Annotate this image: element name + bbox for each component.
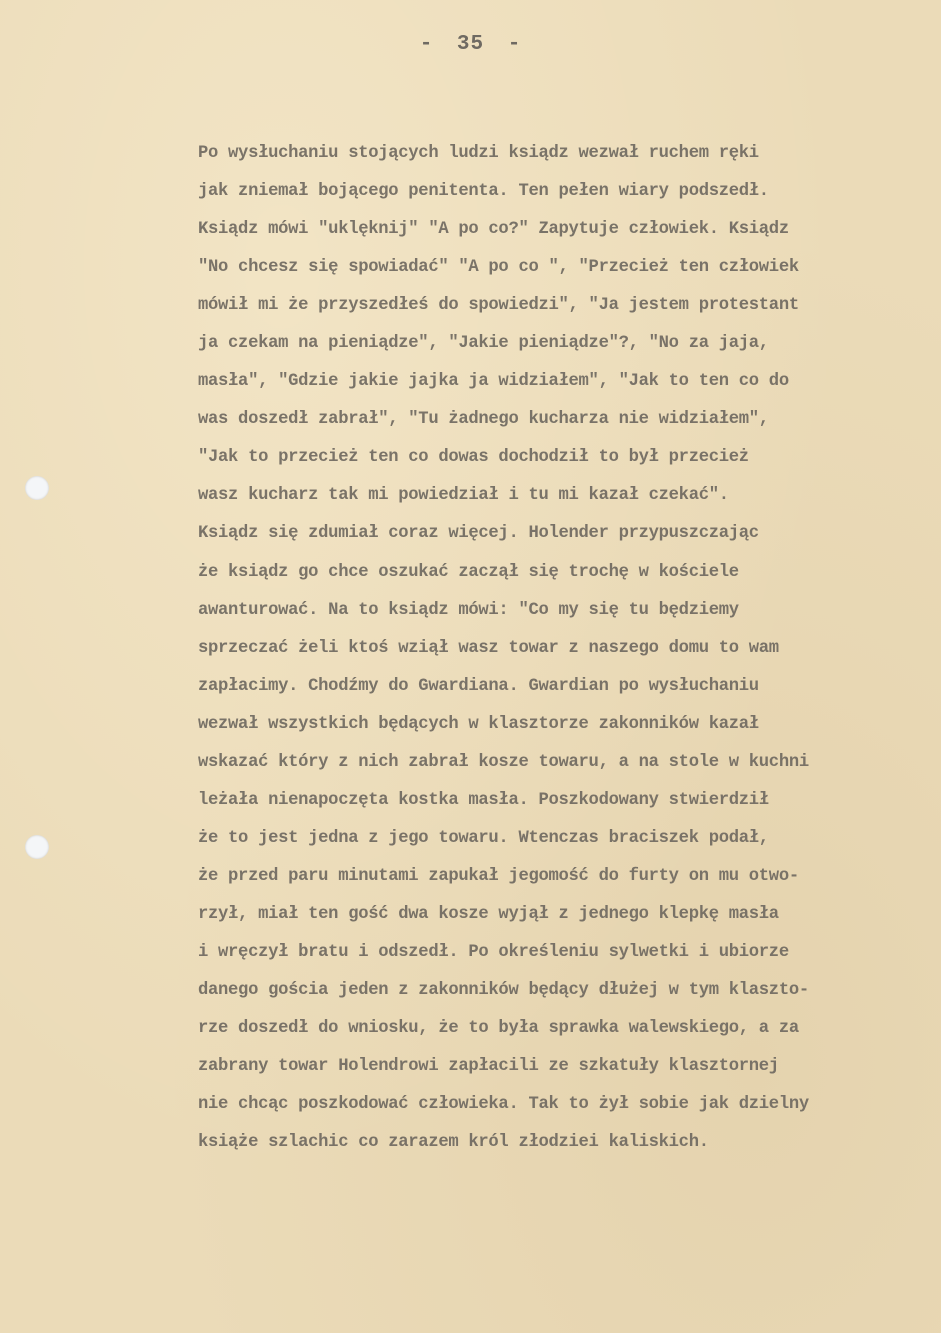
text-line: że ksiądz go chce oszukać zaczął się tro… <box>198 558 918 596</box>
typewritten-page: - 35 - Po wysłuchaniu stojących ludzi ks… <box>0 0 941 1333</box>
text-line: książe szlachic co zarazem król złodziei… <box>198 1128 918 1166</box>
text-line: masła", "Gdzie jakie jajka ja widziałem"… <box>198 367 918 405</box>
text-line: jak zniemał bojącego penitenta. Ten pełe… <box>198 177 918 215</box>
text-line: Ksiądz się zdumiał coraz więcej. Holende… <box>198 519 918 557</box>
text-line: i wręczył bratu i odszedł. Po określeniu… <box>198 938 918 976</box>
text-line: was doszedł zabrał", "Tu żadnego kucharz… <box>198 405 918 443</box>
text-line: rze doszedł do wniosku, że to była spraw… <box>198 1014 918 1052</box>
text-line: Ksiądz mówi "uklęknij" "A po co?" Zapytu… <box>198 215 918 253</box>
text-line: zabrany towar Holendrowi zapłacili ze sz… <box>198 1052 918 1090</box>
text-line: rzył, miał ten gość dwa kosze wyjął z je… <box>198 900 918 938</box>
text-line: wskazać który z nich zabrał kosze towaru… <box>198 748 918 786</box>
text-line: sprzeczać żeli ktoś wziął wasz towar z n… <box>198 634 918 672</box>
page-number: - 35 - <box>0 33 941 56</box>
text-line: Po wysłuchaniu stojących ludzi ksiądz we… <box>198 139 918 177</box>
text-line: leżała nienapoczęta kostka masła. Poszko… <box>198 786 918 824</box>
text-line: ja czekam na pieniądze", "Jakie pieniądz… <box>198 329 918 367</box>
punch-hole-top <box>25 476 49 500</box>
text-line: wasz kucharz tak mi powiedział i tu mi k… <box>198 481 918 519</box>
text-line: zapłacimy. Chodźmy do Gwardiana. Gwardia… <box>198 672 918 710</box>
text-line: że przed paru minutami zapukał jegomość … <box>198 862 918 900</box>
text-line: że to jest jedna z jego towaru. Wtenczas… <box>198 824 918 862</box>
text-line: "Jak to przecież ten co dowas dochodził … <box>198 443 918 481</box>
text-line: nie chcąc poszkodować człowieka. Tak to … <box>198 1090 918 1128</box>
text-line: danego gościa jeden z zakonników będący … <box>198 976 918 1014</box>
text-line: "No chcesz się spowiadać" "A po co ", "P… <box>198 253 918 291</box>
punch-hole-bottom <box>25 835 49 859</box>
text-line: awanturować. Na to ksiądz mówi: "Co my s… <box>198 596 918 634</box>
body-text: Po wysłuchaniu stojących ludzi ksiądz we… <box>198 139 918 1166</box>
text-line: mówił mi że przyszedłeś do spowiedzi", "… <box>198 291 918 329</box>
text-line: wezwał wszystkich będących w klasztorze … <box>198 710 918 748</box>
